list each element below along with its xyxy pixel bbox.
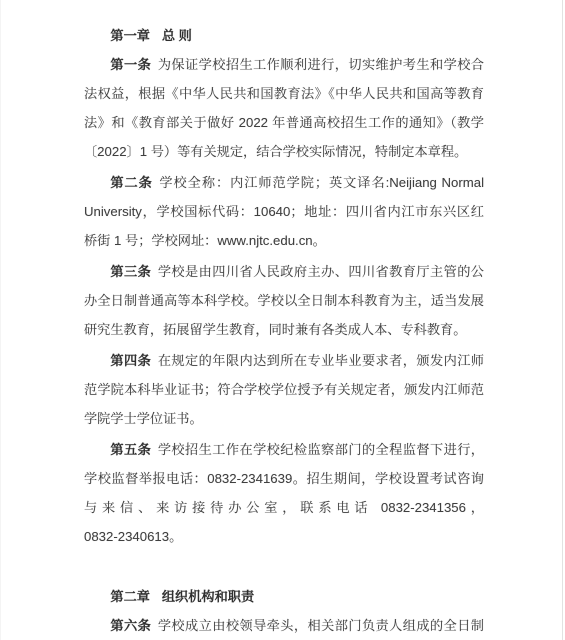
line-text: University，学校国标代码：10640；地址：四川省内江市东兴区红 [84, 204, 484, 219]
article-line: 学院学士学位证书。 [84, 404, 484, 433]
document-viewport: 第一章总 则第一条为保证学校招生工作顺利进行，切实维护考生和学校合法权益，根据《… [0, 0, 565, 640]
line-text: 桥街 1 号；学校网址：www.njtc.edu.cn。 [84, 233, 326, 248]
article-line: 法》和《教育部关于做好 2022 年普通高校招生工作的通知》（教学 [84, 108, 484, 137]
article: 第四条在规定的年限内达到所在专业毕业要求者，颁发内江师范学院本科毕业证书；符合学… [84, 346, 484, 433]
article-label: 第二条 [110, 175, 152, 190]
article-label: 第五条 [110, 442, 151, 457]
article-line: 第四条在规定的年限内达到所在专业毕业要求者，颁发内江师 [84, 346, 484, 375]
article: 第六条学校成立由校领导牵头，相关部门负责人组成的全日制 [84, 611, 484, 640]
chapter: 第一章总 则第一条为保证学校招生工作顺利进行，切实维护考生和学校合法权益，根据《… [84, 21, 484, 551]
chapter-title: 总 则 [162, 28, 192, 43]
article: 第一条为保证学校招生工作顺利进行，切实维护考生和学校合法权益，根据《中华人民共和… [84, 50, 484, 166]
line-text: 研究生教育，拓展留学生教育，同时兼有各类成人本、专科教育。 [84, 322, 466, 337]
line-text: 在规定的年限内达到所在专业毕业要求者，颁发内江师 [158, 353, 484, 368]
chapter-number: 第一章 [110, 28, 150, 43]
chapter-heading: 第一章总 则 [84, 21, 484, 50]
line-text: 范学院本科毕业证书；符合学校学位授予有关规定者，颁发内江师范 [84, 382, 484, 397]
article-label: 第四条 [110, 353, 151, 368]
chapter-heading: 第二章组织机构和职责 [84, 582, 484, 611]
line-text: 法权益，根据《中华人民共和国教育法》《中华人民共和国高等教育 [84, 86, 484, 101]
line-text: 0832-2340613。 [84, 529, 182, 544]
line-text: 学校全称：内江师范学院；英文译名:Neijiang Normal [159, 175, 484, 190]
line-text: 与来信、来访接待办公室，联系电话 0832-2341356， [84, 500, 484, 515]
article-line: 0832-2340613。 [84, 522, 484, 551]
article-line: 学校监督举报电话：0832-2341639。招生期间，学校设置考试咨询 [84, 464, 484, 493]
line-text: 学校监督举报电话：0832-2341639。招生期间，学校设置考试咨询 [84, 471, 484, 486]
article-line: 第二条学校全称：内江师范学院；英文译名:Neijiang Normal [84, 168, 484, 197]
article-line: 办全日制普通高等本科学校。学校以全日制本科教育为主，适当发展 [84, 286, 484, 315]
chapter: 第二章组织机构和职责第六条学校成立由校领导牵头，相关部门负责人组成的全日制 [84, 582, 484, 640]
article-line: 第五条学校招生工作在学校纪检监察部门的全程监督下进行， [84, 435, 484, 464]
article: 第二条学校全称：内江师范学院；英文译名:Neijiang NormalUnive… [84, 168, 484, 255]
page-right-edge-line [562, 0, 563, 640]
chapter-number: 第二章 [110, 589, 150, 604]
line-text: 法》和《教育部关于做好 2022 年普通高校招生工作的通知》（教学 [84, 115, 484, 130]
article-label: 第一条 [110, 57, 151, 72]
article-line: 范学院本科毕业证书；符合学校学位授予有关规定者，颁发内江师范 [84, 375, 484, 404]
line-text: 学校招生工作在学校纪检监察部门的全程监督下进行， [158, 442, 484, 457]
article-label: 第三条 [110, 264, 151, 279]
line-text: 学校成立由校领导牵头，相关部门负责人组成的全日制 [158, 618, 484, 633]
line-text: 学校是由四川省人民政府主办、四川省教育厅主管的公 [158, 264, 484, 279]
page-left-edge-line [0, 0, 1, 640]
article-line: 第一条为保证学校招生工作顺利进行，切实维护考生和学校合 [84, 50, 484, 79]
article: 第五条学校招生工作在学校纪检监察部门的全程监督下进行，学校监督举报电话：0832… [84, 435, 484, 551]
article: 第三条学校是由四川省人民政府主办、四川省教育厅主管的公办全日制普通高等本科学校。… [84, 257, 484, 344]
article-line: University，学校国标代码：10640；地址：四川省内江市东兴区红 [84, 197, 484, 226]
line-text: 学院学士学位证书。 [84, 411, 203, 426]
article-line: 第六条学校成立由校领导牵头，相关部门负责人组成的全日制 [84, 611, 484, 640]
article-line: 〔2022〕1 号）等有关规定，结合学校实际情况，特制定本章程。 [84, 137, 484, 166]
line-text: 办全日制普通高等本科学校。学校以全日制本科教育为主，适当发展 [84, 293, 484, 308]
article-line: 与来信、来访接待办公室，联系电话 0832-2341356， [84, 493, 484, 522]
article-line: 研究生教育，拓展留学生教育，同时兼有各类成人本、专科教育。 [84, 315, 484, 344]
chapter-title: 组织机构和职责 [162, 589, 254, 604]
article-line: 第三条学校是由四川省人民政府主办、四川省教育厅主管的公 [84, 257, 484, 286]
article-line: 法权益，根据《中华人民共和国教育法》《中华人民共和国高等教育 [84, 79, 484, 108]
article-label: 第六条 [110, 618, 151, 633]
document-body: 第一章总 则第一条为保证学校招生工作顺利进行，切实维护考生和学校合法权益，根据《… [84, 0, 484, 640]
article-line: 桥街 1 号；学校网址：www.njtc.edu.cn。 [84, 226, 484, 255]
line-text: 〔2022〕1 号）等有关规定，结合学校实际情况，特制定本章程。 [84, 144, 467, 159]
line-text: 为保证学校招生工作顺利进行，切实维护考生和学校合 [158, 57, 484, 72]
